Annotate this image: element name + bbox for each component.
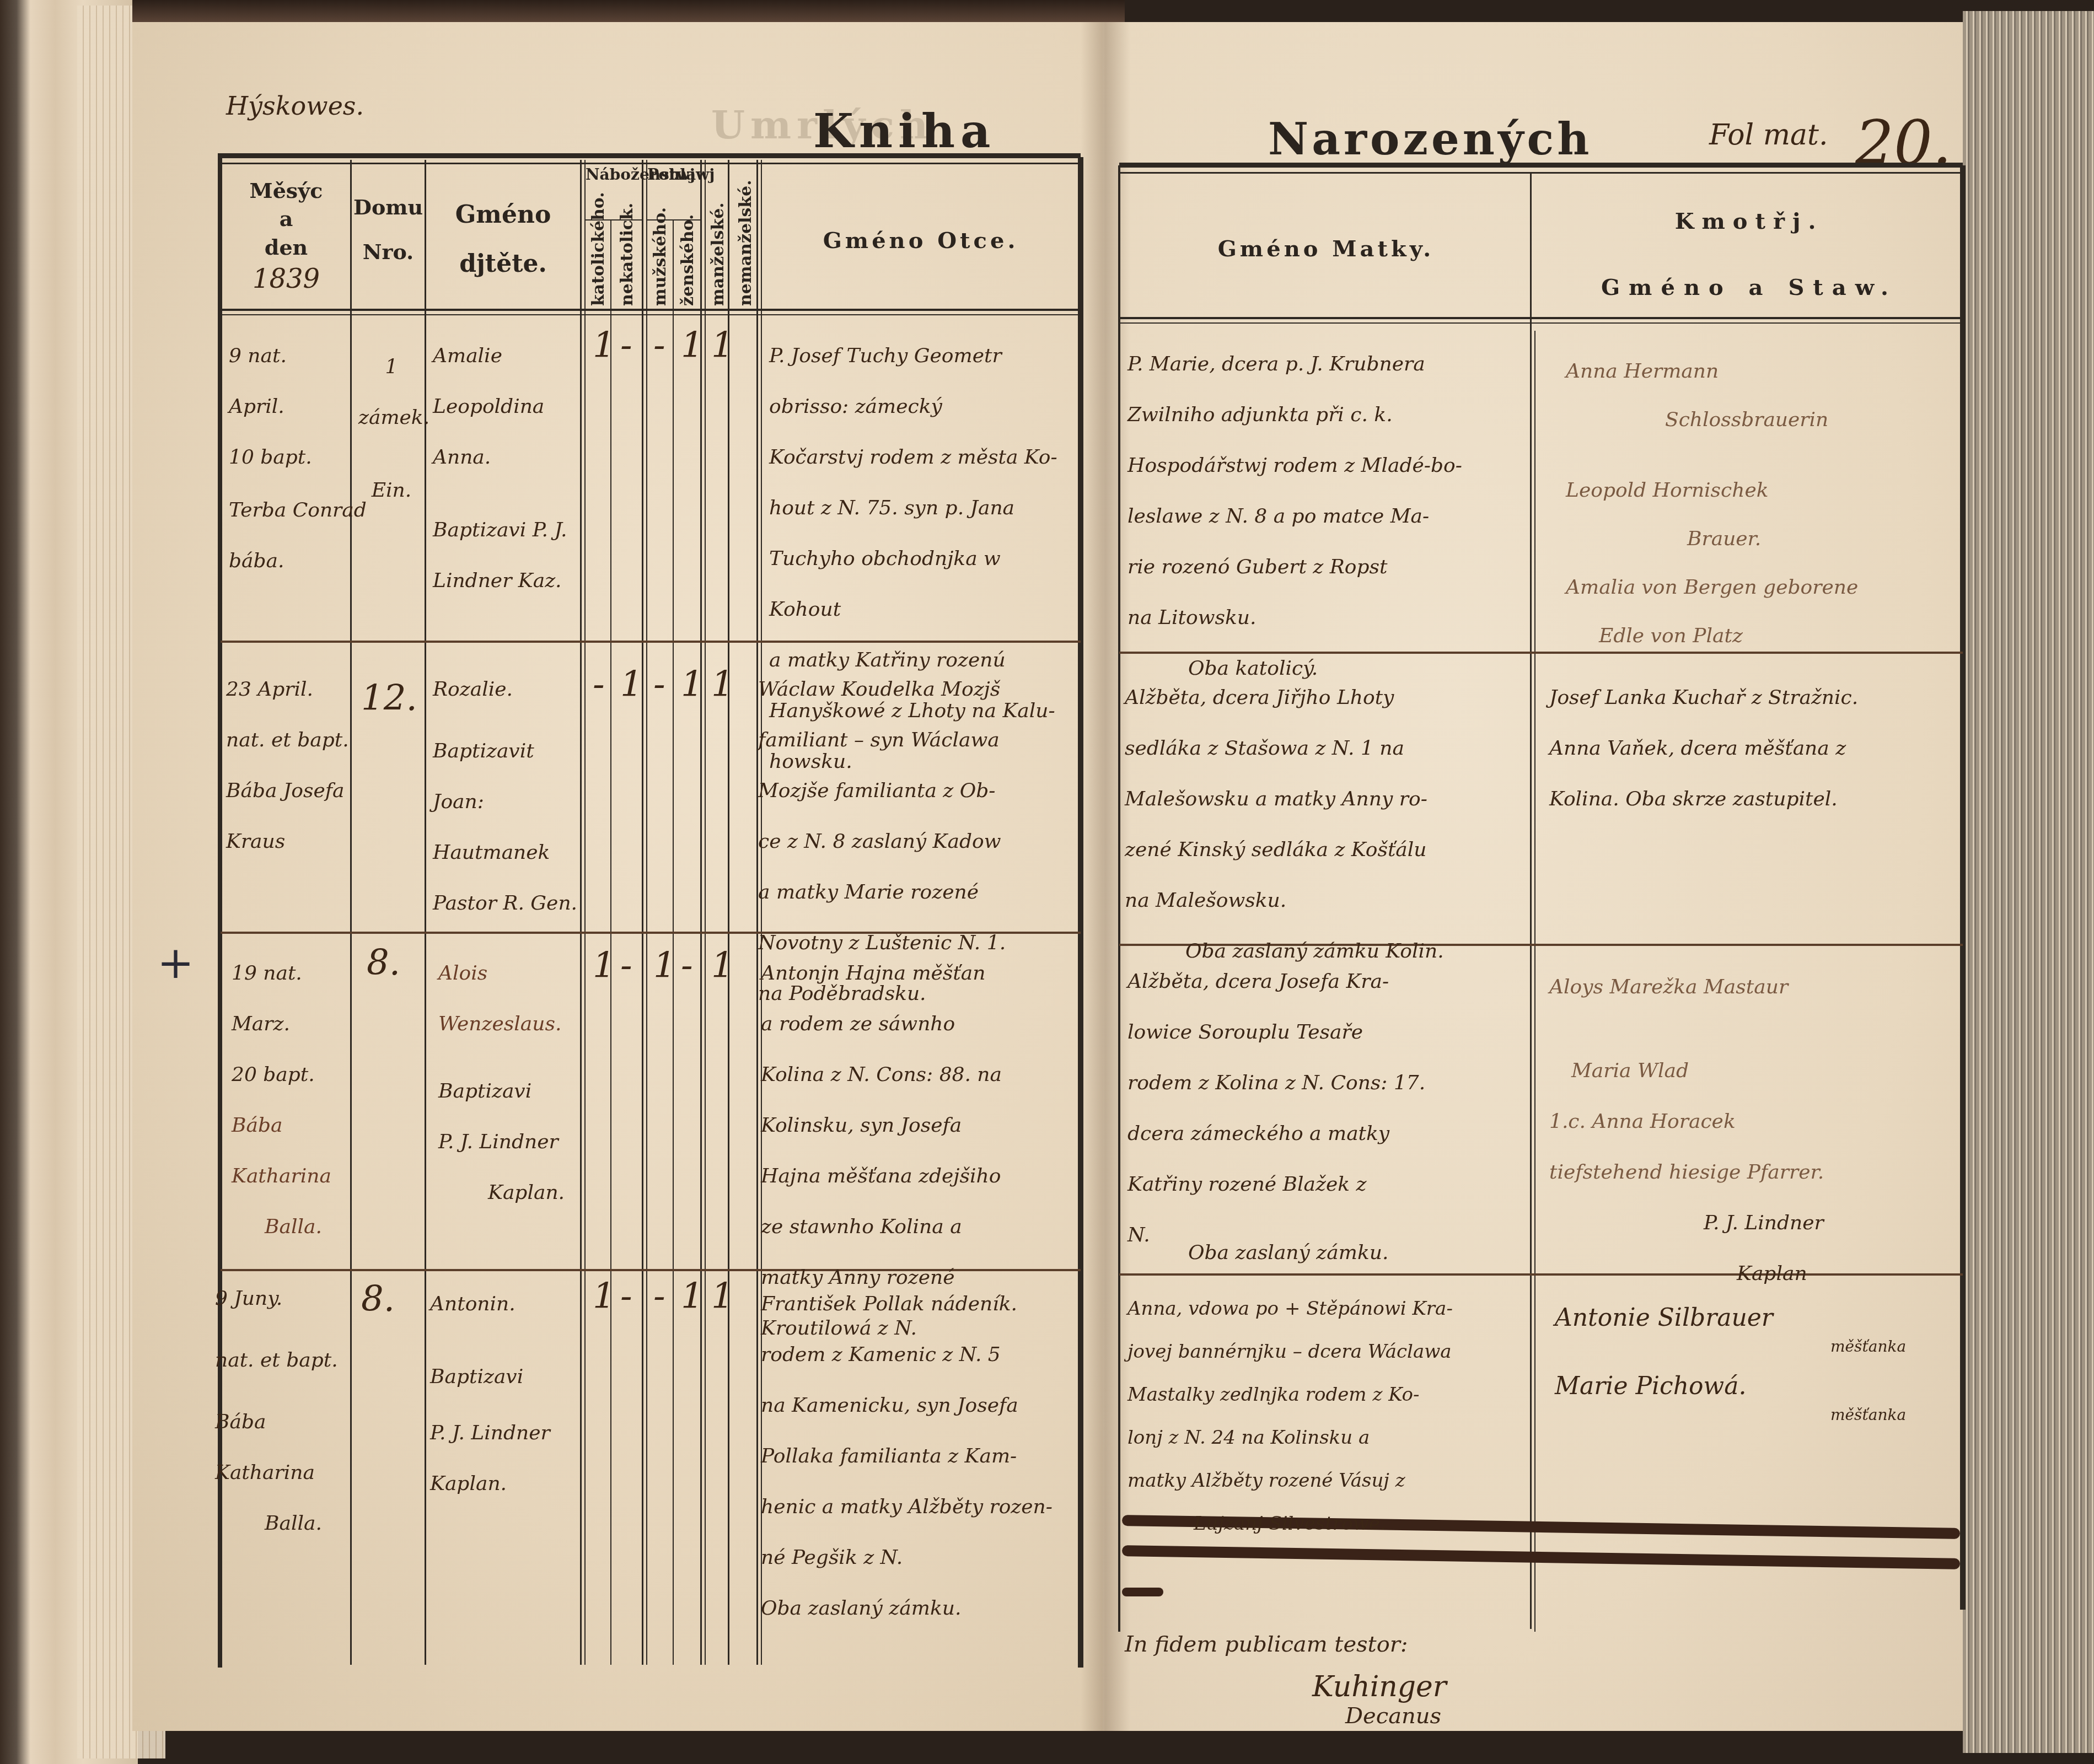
entry-4-house: 8. [361, 1279, 395, 1320]
entry-4-mark-catholic: 1 [593, 1276, 615, 1317]
mother-line: Katřiny rozené Blažek z [1127, 1159, 1530, 1210]
header-label: Měsýc [223, 176, 349, 205]
dean-title: Decanus [1345, 1703, 1441, 1729]
godparent-signature: P. J. Lindner [1549, 1198, 1957, 1249]
child-name-line: Alois [438, 948, 582, 999]
date-line: 23 April. [226, 664, 358, 715]
header-label: Gméno [427, 198, 579, 231]
father-line: rodem z Kamenic z N. 5 [761, 1330, 1078, 1380]
midwife-line: bába. [229, 536, 372, 587]
entry-3-child: Alois Wenzeslaus. Baptizavi P. J. Lindne… [438, 948, 582, 1218]
godparent-signature: Kaplan [1549, 1249, 1957, 1299]
header-label: Nro. [353, 238, 423, 266]
header-mother-name: Gméno Matky. [1122, 234, 1530, 264]
col-rule [728, 160, 729, 1665]
entry-1-mark-male: - [653, 325, 665, 366]
baptized-by: Kaplan. [430, 1459, 584, 1509]
entry-1-mark-female: 1 [681, 325, 704, 366]
father-line: Kolinsku, syn Josefa [761, 1100, 1078, 1151]
midwife-line: Bába Josefa Kraus [226, 766, 358, 867]
house-note: zámek. [358, 392, 425, 443]
father-line: P. Josef Tuchy Geometr [769, 331, 1078, 381]
attestation-text: In fidem publicam testor: [1125, 1632, 1408, 1657]
godparent-line: Edle von Platz [1566, 612, 1957, 660]
father-line: Kočarstvj rodem z města Ko- [769, 432, 1078, 483]
date-line: 20 bapt. [232, 1050, 358, 1100]
entry-1-midwife: Terba Conrad bába. [229, 485, 372, 587]
father-line: a rodem ze sáwnho [761, 999, 1078, 1050]
right-table-top-rule-thin [1119, 172, 1963, 174]
baptized-by: Baptizavit [433, 726, 593, 777]
father-line: na Kamenicku, syn Josefa [761, 1380, 1078, 1431]
father-line: Pollaka familianta z Kam- [761, 1431, 1078, 1482]
mother-line: Alžběta, dcera Jiřjho Lhoty [1125, 673, 1530, 723]
entry-1-godparents: Anna Hermann Schlossbrauerin Leopold Hor… [1566, 347, 1957, 660]
baptized-by: P. J. Lindner [430, 1408, 584, 1459]
date-line: 9 Juny. [215, 1273, 358, 1324]
left-table-right-border [1078, 157, 1083, 1668]
entry-3-cross-mark: + [157, 937, 194, 988]
date-line: Marz. [232, 999, 358, 1050]
right-table-left-border [1118, 165, 1120, 1632]
right-table-top-rule [1119, 163, 1963, 168]
mother-godparents-divider [1530, 174, 1532, 1629]
baptized-by: Lindner Kaz. [433, 556, 582, 606]
entry-3-mark-catholic: 1 [593, 945, 615, 986]
mother-line: rodem z Kolina z N. Cons: 17. [1127, 1058, 1530, 1109]
date-line: nat. et bapt. [226, 715, 358, 766]
header-month-day: Měsýc a den 1839 [223, 176, 349, 297]
page-stack-right [1963, 11, 2094, 1753]
godparent-line: Leopold Hornischek [1566, 466, 1957, 515]
left-table-top-rule-thin [218, 163, 1081, 164]
header-label: djtěte. [427, 248, 579, 280]
header-father-name: Gméno Otce. [764, 226, 1078, 256]
godparent-line: Anna Hermann [1566, 347, 1957, 396]
mother-line: matky Alžběty rozené Vásuj z [1127, 1459, 1530, 1502]
baptized-by: Joan: Hautmanek [433, 777, 593, 878]
entry-4-mark-legit: 1 [711, 1276, 734, 1317]
strike-line-short [1122, 1588, 1163, 1596]
godparent-line: Schlossbrauerin [1566, 396, 1957, 444]
mother-line: Alžběta, dcera Josefa Kra- [1127, 956, 1530, 1007]
entry-2-mark-catholic: - [593, 664, 605, 705]
entry-4-child: Antonin. Baptizavi P. J. Lindner Kaplan. [430, 1279, 584, 1509]
header-house: Domu Nro. [353, 193, 423, 266]
entry-2-date: 23 April. nat. et bapt. Bába Josefa Krau… [226, 664, 358, 867]
mother-line: na Malešowsku. [1125, 875, 1530, 926]
book-gutter [1081, 22, 1130, 1731]
godparent-line: Amalia von Bergen geborene [1566, 563, 1957, 612]
col-rule [673, 220, 674, 1665]
house-note: Ein. [358, 465, 425, 516]
header-label: a [223, 205, 349, 233]
father-line: né Pegšik z N. [761, 1532, 1078, 1583]
father-line: ce z N. 8 zaslaný Kadow [758, 816, 1078, 867]
child-name-line: Anna. [433, 432, 582, 483]
entry-2-mark-male: - [653, 664, 665, 705]
entry-3-mother: Alžběta, dcera Josefa Kra- lowice Soroup… [1127, 956, 1530, 1278]
date-line: 10 bapt. [229, 432, 353, 483]
midwife-line: Balla. [232, 1202, 358, 1252]
date-line: April. [229, 381, 353, 432]
entry-2-mother: Alžběta, dcera Jiřjho Lhoty sedláka z St… [1125, 673, 1530, 977]
midwife-line: Terba Conrad [229, 485, 372, 536]
entry-2-mark-noncatholic: 1 [620, 664, 643, 705]
mother-line: na Litowsku. [1127, 593, 1530, 643]
entry-2-child: Rozalie. Baptizavit Joan: Hautmanek Past… [433, 664, 593, 929]
col-rule [425, 160, 426, 1665]
father-line: Hajna měšťana zdejšiho [761, 1151, 1078, 1202]
father-line: František Pollak nádeník. [761, 1279, 1078, 1330]
header-female: ženského. [678, 226, 697, 306]
father-line: ze stawnho Kolina a [761, 1202, 1078, 1252]
title-left: Kniha [813, 104, 996, 158]
mother-line: Anna, vdowa po + Stěpánowi Kra- [1127, 1287, 1530, 1330]
col-rule [646, 160, 647, 1665]
entry-1-house: 1 zámek. Ein. [358, 342, 425, 516]
right-header-bottom-rule-2 [1119, 322, 1963, 324]
header-illegitimate: nemanželské. [736, 193, 755, 306]
entry-2-godparents: Josef Lanka Kuchař z Stražnic. Anna Vaňe… [1549, 673, 1957, 825]
entry-4-date: 9 Juny. nat. et bapt. Bába Katharina Bal… [215, 1273, 358, 1549]
entry-1-mark-catholic: 1 [593, 325, 615, 366]
father-line: familiant – syn Wáclawa [758, 715, 1078, 766]
header-godparents: Kmotřj. [1538, 207, 1960, 236]
midwife-line: Bába Katharina [232, 1100, 358, 1202]
header-label: Domu [353, 193, 423, 221]
col-rule [610, 220, 611, 1665]
year: 1839 [223, 261, 349, 297]
entry-3-mark-noncatholic: - [620, 945, 632, 986]
godparent-line: tiefstehend hiesige Pfarrer. [1549, 1147, 1957, 1198]
child-name-line: Antonin. [430, 1279, 584, 1330]
entry-1-child: Amalie Leopoldina Anna. Baptizavi P. J. … [433, 331, 582, 606]
mother-line: dcera zámeckého a matky [1127, 1109, 1530, 1159]
entry-4-father: František Pollak nádeník. rodem z Kameni… [761, 1279, 1078, 1634]
mother-line: jovej bannérnjku – dcera Wáclawa [1127, 1330, 1530, 1373]
godparent-line: Aloys Marežka Mastaur [1549, 962, 1957, 1013]
baptized-by: Pastor R. Gen. [433, 878, 593, 929]
mother-line: Mastalky zedlnjka rodem z Ko- [1127, 1373, 1530, 1416]
mother-line: sedláka z Stašowa z N. 1 na [1125, 723, 1530, 774]
father-line: a matky Marie rozené [758, 867, 1078, 918]
child-name-line: Amalie [433, 331, 582, 381]
entry-2-mark-legit: 1 [711, 664, 734, 705]
entry-4-mark-male: - [653, 1276, 665, 1317]
date-line: 9 nat. [229, 331, 353, 381]
mother-line: leslawe z N. 8 a po matce Ma- [1127, 491, 1530, 542]
header-godparents-sub: Gméno a Staw. [1538, 273, 1960, 303]
mother-line: Hospodářstwj rodem z Mladé-bo- [1127, 440, 1530, 491]
col-rule [700, 160, 702, 1665]
title-right: Narozených [1268, 113, 1592, 165]
entry-4-mark-female: 1 [681, 1276, 704, 1317]
folio-label: Fol mat. [1709, 119, 1828, 152]
left-table-top-rule [218, 153, 1081, 158]
mother-line: Malešowsku a matky Anny ro- [1125, 774, 1530, 825]
right-header-bottom-rule [1119, 317, 1963, 319]
mother-godparents-divider-2 [1534, 331, 1535, 1632]
entry-2-mark-female: 1 [681, 664, 704, 705]
father-line: obrisso: zámecký [769, 381, 1078, 432]
baptized-by: P. J. Lindner [438, 1117, 582, 1168]
entry-4-godparents: Antonie Silbrauer měšťanka Marie Pichowá… [1555, 1293, 1957, 1440]
header-male: mužského. [651, 226, 670, 306]
date-line: nat. et bapt. [215, 1335, 358, 1386]
godparent-line: Kolina. Oba skrze zastupitel. [1549, 774, 1957, 825]
entry-1-mark-legit: 1 [711, 325, 734, 366]
house-number: 1 [358, 342, 425, 392]
entry-2-house: 12. [361, 678, 417, 719]
father-line: henic a matky Alžběty rozen- [761, 1482, 1078, 1532]
dean-signature: Kuhinger [1312, 1670, 1447, 1703]
mother-line: lowice Sorouplu Tesaře [1127, 1007, 1530, 1058]
godparent-line: Anna Vaňek, dcera měšťana z [1549, 723, 1957, 774]
father-line: Tuchyho obchodnjka w Kohout [769, 534, 1078, 635]
child-name-line: Wenzeslaus. [438, 999, 582, 1050]
godparent-line: 1.c. Anna Horacek [1549, 1096, 1957, 1147]
date-line: 19 nat. [232, 948, 358, 999]
midwife-line: Bába Katharina [215, 1397, 358, 1498]
header-religion: Náboženstwj [586, 165, 642, 184]
header-catholic: katolického. [589, 226, 608, 306]
father-line: hout z N. 75. syn p. Jana [769, 483, 1078, 534]
col-rule [705, 160, 706, 1665]
entry-3-mark-male: 1 [653, 945, 676, 986]
godparent-line: Maria Wlad [1549, 1046, 1957, 1096]
entry-4-mother: Anna, vdowa po + Stěpánowi Kra- jovej ba… [1127, 1287, 1530, 1545]
mother-line: Zwilniho adjunkta při c. k. [1127, 390, 1530, 440]
godparent-line: Brauer. [1566, 515, 1957, 563]
entry-3-house: 8. [367, 943, 400, 983]
left-header-bottom-rule [218, 309, 1081, 311]
child-name-line: Leopoldina [433, 381, 582, 432]
right-table-right-border [1960, 165, 1966, 1610]
mother-line: lonj z N. 24 na Kolinsku a [1127, 1416, 1530, 1459]
mother-line: Lujzanj Silvestrowe. [1127, 1502, 1530, 1545]
midwife-line: Balla. [215, 1498, 358, 1549]
header-legitimate: manželské. [708, 209, 728, 306]
child-name-line: Rozalie. [433, 664, 593, 715]
father-line: Kolina z N. Cons: 88. na [761, 1050, 1078, 1100]
header-child-name: Gméno djtěte. [427, 198, 579, 281]
header-sex: Pohlawj [647, 165, 700, 184]
entry-1-mark-noncatholic: - [620, 325, 632, 366]
entry-1-date: 9 nat. April. 10 bapt. [229, 331, 353, 483]
header-noncatholic: nekatolick. [618, 226, 637, 306]
father-line: Oba zaslaný zámku. [761, 1583, 1078, 1634]
mother-line: P. Marie, dcera p. J. Krubnera [1127, 339, 1530, 390]
entry-4-mark-noncatholic: - [620, 1276, 632, 1317]
entry-3-date: 19 nat. Marz. 20 bapt. Bába Katharina Ba… [232, 948, 358, 1252]
father-line: Antonjn Hajna měšťan [761, 948, 1078, 999]
entry-1-mother: P. Marie, dcera p. J. Krubnera Zwilniho … [1127, 339, 1530, 694]
entry-3-mark-female: - [681, 945, 693, 986]
baptized-by: Baptizavi [430, 1352, 584, 1402]
baptized-by: Kaplan. [438, 1168, 582, 1218]
mother-line: zené Kinský sedláka z Košťálu [1125, 825, 1530, 875]
mother-line: rie rozenó Gubert z Ropst [1127, 542, 1530, 593]
col-rule [642, 160, 643, 1665]
godparent-line: Josef Lanka Kuchař z Stražnic. [1549, 673, 1957, 723]
mother-line: Oba zaslaný zámku. [1127, 1228, 1530, 1278]
baptized-by: Baptizavi P. J. [433, 505, 582, 556]
father-line: Wáclaw Koudelka Mozjš [758, 664, 1078, 715]
father-line: Mozjše familianta z Ob- [758, 766, 1078, 816]
corner-note: Hýskowes. [226, 91, 364, 121]
baptized-by: Baptizavi [438, 1066, 582, 1117]
entry-3-godparents: Aloys Marežka Mastaur Maria Wlad 1.c. An… [1549, 962, 1957, 1299]
left-header-bottom-rule-2 [218, 314, 1081, 315]
entry-3-mark-legit: 1 [711, 945, 734, 986]
header-label: den [223, 233, 349, 261]
